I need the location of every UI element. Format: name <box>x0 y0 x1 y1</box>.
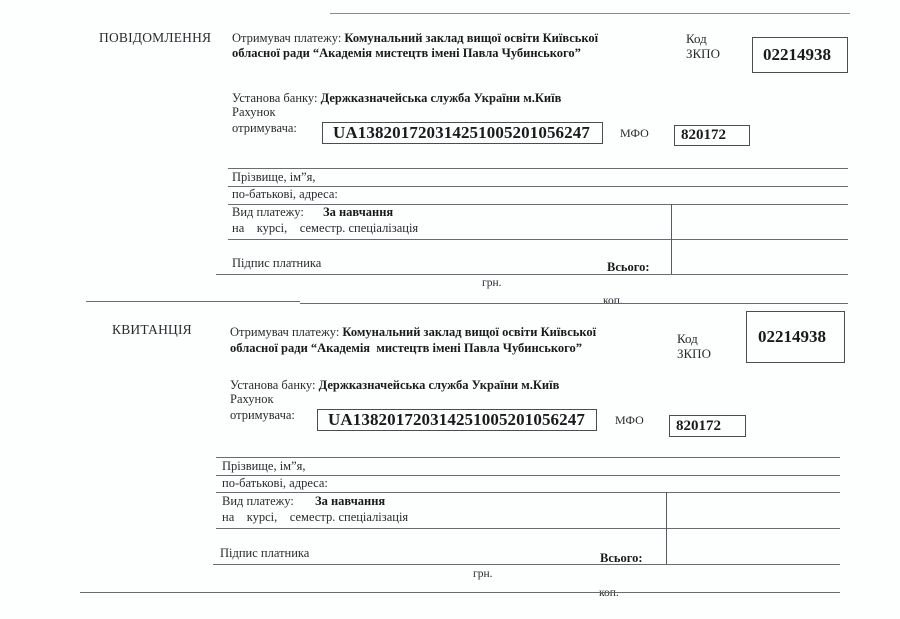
payment-type-label: Вид платежу: <box>232 205 304 219</box>
payer-name-label: Прізвище, ім”я, <box>232 170 316 185</box>
divider <box>216 492 840 493</box>
mfo-label: МФО <box>615 413 644 428</box>
payer-address-label: по-батькові, адреса: <box>222 476 328 491</box>
account-number-box: UA138201720314251005201056247 <box>322 122 603 144</box>
uah-label: грн. <box>473 567 493 582</box>
edrpou-code-box: 02214938 <box>746 311 845 363</box>
account-number-box: UA138201720314251005201056247 <box>317 409 597 431</box>
divider <box>213 564 840 565</box>
signature-label: Підпис платника <box>232 256 321 271</box>
amount-column-divider <box>666 492 667 564</box>
mfo-box: 820172 <box>669 415 746 437</box>
payment-type-value: За навчання <box>315 494 385 508</box>
payment-type-line: Вид платежу: За навчання <box>222 494 385 509</box>
course-line: на курсі, семестр. спеціалізація <box>232 221 418 236</box>
payment-amount-field[interactable] <box>667 494 840 527</box>
payment-type-label: Вид платежу: <box>222 494 294 508</box>
total-amount-field[interactable] <box>672 240 848 273</box>
kop-label: коп. <box>603 294 623 309</box>
recipient-line-2: обласної ради “Академія мистецтв імені П… <box>230 341 582 356</box>
code-label: Код ЗКПО <box>677 331 711 361</box>
payment-amount-field[interactable] <box>672 205 848 238</box>
payer-address-field[interactable] <box>360 187 848 203</box>
payment-type-line: Вид платежу: За навчання <box>232 205 393 220</box>
divider <box>216 274 848 275</box>
bank-line: Установа банку: Держказначейська служба … <box>232 91 561 106</box>
code-label-line1: Код <box>677 331 711 346</box>
account-label-line2: отримувача: <box>232 121 297 136</box>
account-label-line1: Рахунок <box>232 105 276 120</box>
signature-label: Підпис платника <box>220 546 309 561</box>
total-amount-field[interactable] <box>667 530 840 563</box>
section-label: КВИТАНЦІЯ <box>112 322 192 338</box>
payment-type-value: За навчання <box>323 205 393 219</box>
payer-address-label: по-батькові, адреса: <box>232 187 338 202</box>
course-line: на курсі, семестр. спеціалізація <box>222 510 408 525</box>
code-label: Код ЗКПО <box>686 31 720 61</box>
section-label: ПОВІДОМЛЕННЯ <box>99 30 211 46</box>
recipient-name: Комунальний заклад вищої освіти Київсько… <box>344 31 598 45</box>
code-label-line2: ЗКПО <box>686 46 720 61</box>
amount-column-divider <box>671 204 672 274</box>
mfo-box: 820172 <box>674 125 750 146</box>
recipient-line-1: Отримувач платежу: Комунальний заклад ви… <box>230 325 596 340</box>
bank-label: Установа банку: <box>232 91 317 105</box>
bank-name: Держказначейська служба України м.Київ <box>321 91 562 105</box>
section-separator <box>86 301 300 302</box>
payer-address-field[interactable] <box>350 476 840 492</box>
total-label: Всього: <box>607 260 650 275</box>
kop-label: коп. <box>599 586 619 601</box>
mfo-label: МФО <box>620 126 649 141</box>
code-label-line1: Код <box>686 31 720 46</box>
recipient-line-1: Отримувач платежу: Комунальний заклад ви… <box>232 31 598 46</box>
recipient-line-2: обласної ради “Академія мистецтв імені П… <box>232 46 581 61</box>
divider <box>216 528 840 529</box>
payer-name-label: Прізвище, ім”я, <box>222 459 306 474</box>
section-separator <box>300 303 848 304</box>
uah-label: грн. <box>482 276 502 291</box>
recipient-label: Отримувач платежу: <box>230 325 339 339</box>
bank-line: Установа банку: Держказначейська служба … <box>230 378 559 393</box>
recipient-name: Комунальний заклад вищої освіти Київсько… <box>342 325 596 339</box>
account-label-line2: отримувача: <box>230 408 295 423</box>
payer-name-field[interactable] <box>330 169 848 185</box>
bank-name: Держказначейська служба України м.Київ <box>319 378 560 392</box>
bottom-separator <box>80 592 840 593</box>
top-rule <box>330 13 850 14</box>
account-label-line1: Рахунок <box>230 392 274 407</box>
code-label-line2: ЗКПО <box>677 346 711 361</box>
edrpou-code-box: 02214938 <box>752 37 848 73</box>
recipient-label: Отримувач платежу: <box>232 31 341 45</box>
payer-name-field[interactable] <box>320 458 840 474</box>
bank-label: Установа банку: <box>230 378 315 392</box>
